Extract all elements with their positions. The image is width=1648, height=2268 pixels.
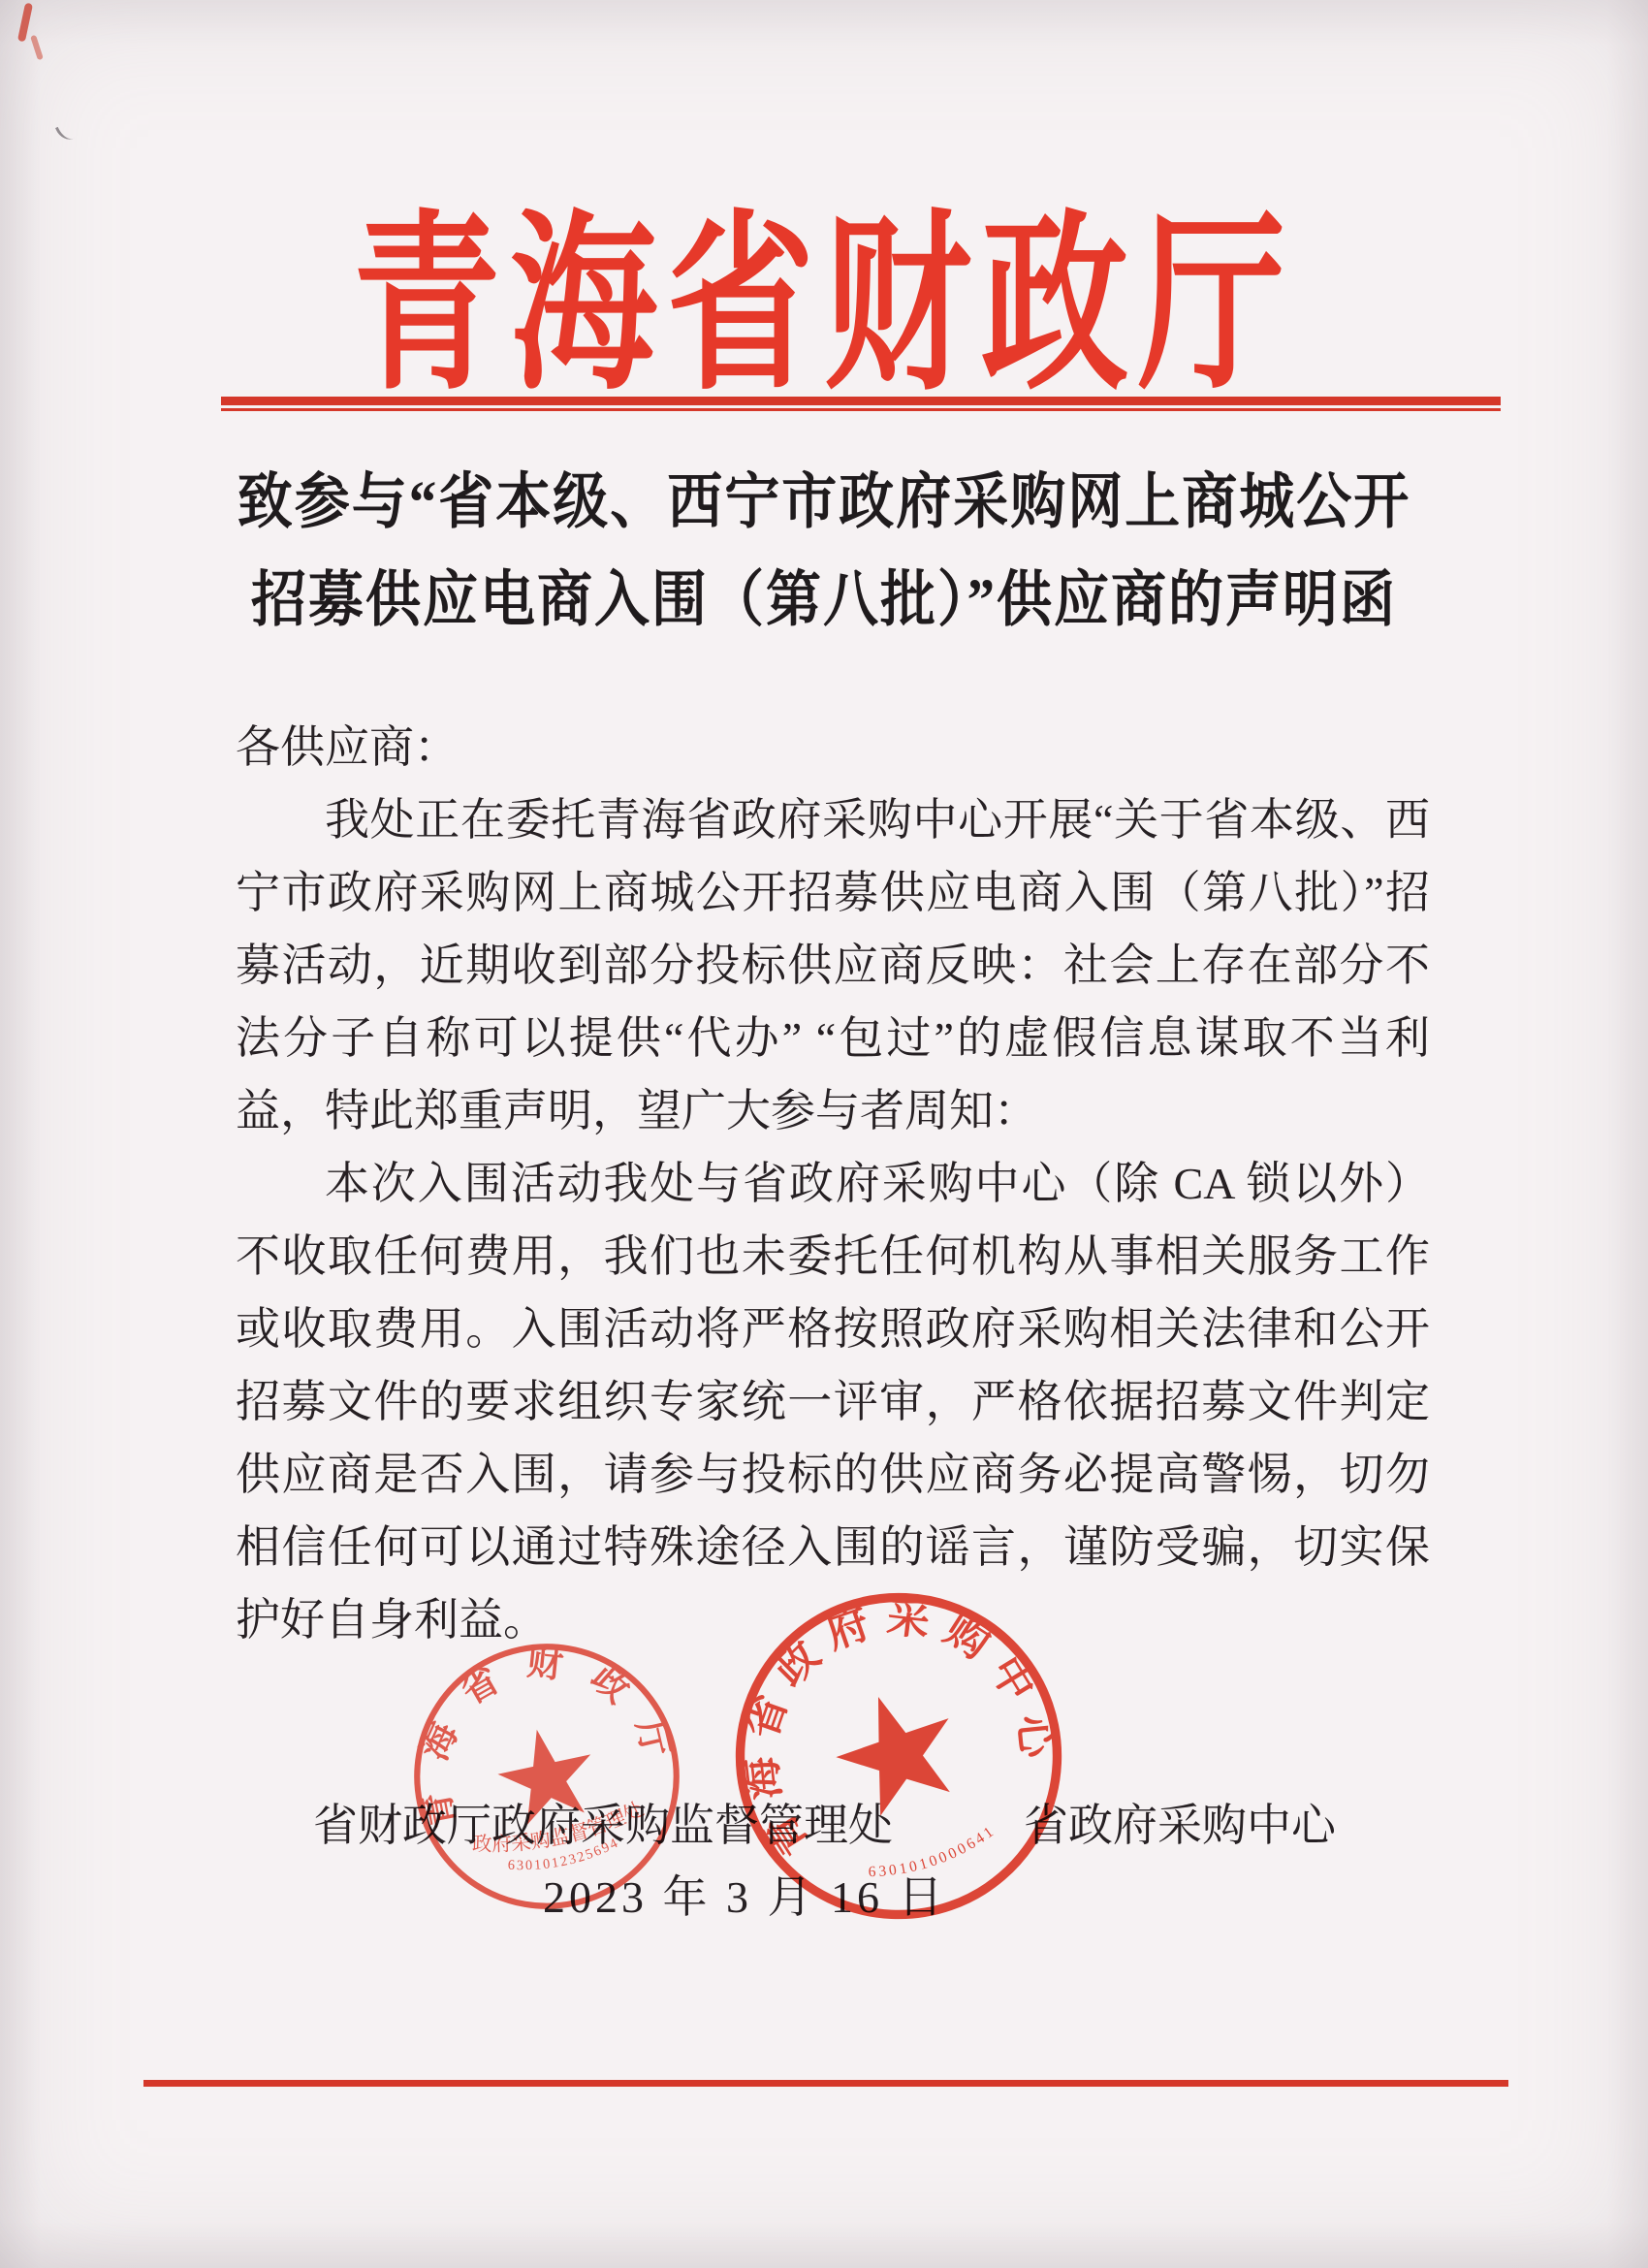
body-paragraph-1: 我处正在委托青海省政府采购中心开展“关于省本级、西宁市政府采购网上商城公开招募供…: [236, 783, 1430, 1147]
official-seal-finance-dept: 青海省财政厅 政府采购监督管理处 6301012325694: [381, 1611, 713, 1942]
seal-star-icon: [822, 1677, 971, 1823]
seal-star-icon: [491, 1720, 602, 1829]
letterhead-org-name: 青海省财政厅: [0, 151, 1648, 426]
document-page: 青海省财政厅 致参与“省本级、西宁市政府采购网上商城公开 招募供应电商入围（第八…: [0, 0, 1648, 2268]
scan-artifact: [55, 122, 76, 144]
letterhead-rule-thick: [221, 397, 1501, 405]
letter-body: 各供应商： 我处正在委托青海省政府采购中心开展“关于省本级、西宁市政府采购网上商…: [236, 711, 1430, 1656]
document-title-line1: 致参与“省本级、西宁市政府采购网上商城公开: [0, 454, 1648, 552]
scan-artifact: [30, 35, 44, 61]
document-title: 致参与“省本级、西宁市政府采购网上商城公开 招募供应电商入围（第八批）”供应商的…: [0, 454, 1648, 650]
letterhead-rule-thin: [221, 408, 1501, 411]
document-title-line2: 招募供应电商入围（第八批）”供应商的声明函: [0, 552, 1648, 650]
salutation: 各供应商：: [236, 711, 1430, 783]
svg-text:6301010000641: 6301010000641: [864, 1821, 1002, 1892]
seal-serial-number: 6301010000641: [864, 1821, 1002, 1892]
footer-rule: [143, 2080, 1508, 2087]
body-paragraph-2: 本次入围活动我处与省政府采购中心（除 CA 锁以外）不收取任何费用，我们也未委托…: [236, 1147, 1430, 1656]
